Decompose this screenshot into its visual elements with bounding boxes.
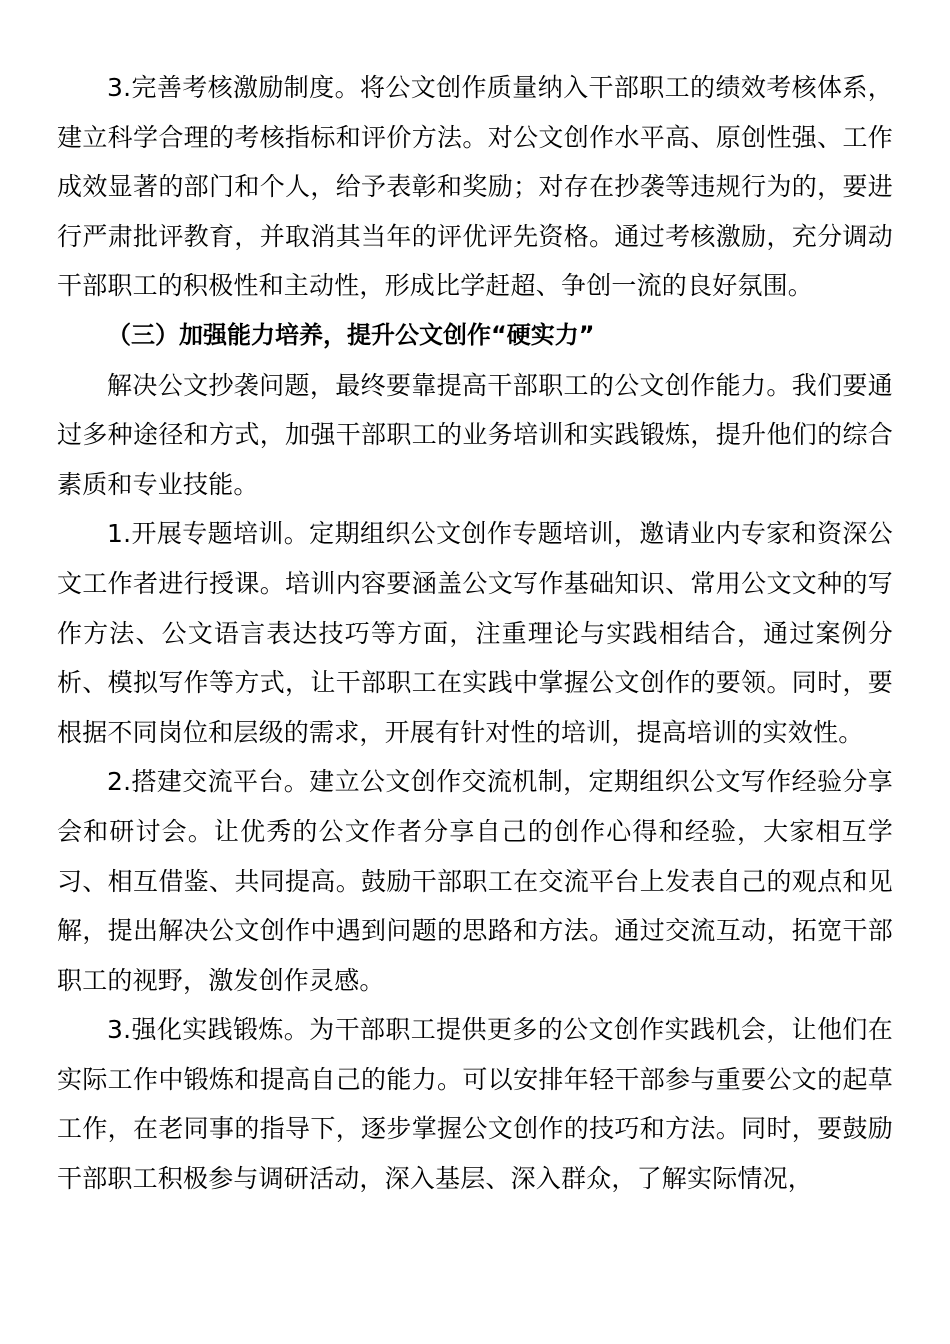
paragraph-exchange-platform: 2.搭建交流平台。建立公文创作交流机制，定期组织公文写作经验分享会和研讨会。让优… (57, 757, 893, 1005)
paragraph-practice-training: 3.强化实践锻炼。为干部职工提供更多的公文创作实践机会，让他们在实际工作中锻炼和… (57, 1005, 893, 1203)
section-heading-capability-training: （三）加强能力培养，提升公文创作“硬实力” (57, 311, 893, 361)
paragraph-intro-capability: 解决公文抄袭问题，最终要靠提高干部职工的公文创作能力。我们要通过多种途径和方式，… (57, 361, 893, 510)
paragraph-special-training: 1.开展专题培训。定期组织公文创作专题培训，邀请业内专家和资深公文工作者进行授课… (57, 509, 893, 757)
document-page: 3.完善考核激励制度。将公文创作质量纳入干部职工的绩效考核体系，建立科学合理的考… (57, 63, 893, 1204)
paragraph-performance-incentive: 3.完善考核激励制度。将公文创作质量纳入干部职工的绩效考核体系，建立科学合理的考… (57, 63, 893, 311)
